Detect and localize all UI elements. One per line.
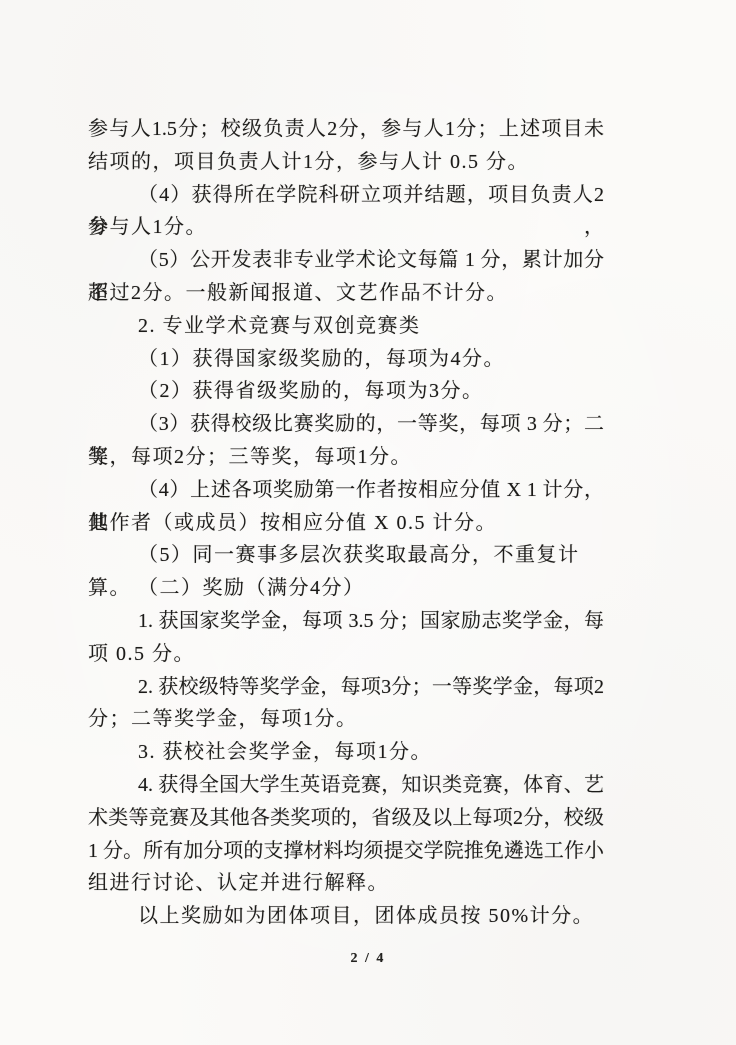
document-line: 术类等竞赛及其他各类奖项的，省级及以上每项2分，校级 [88,802,604,835]
document-page: 参与人1.5分；校级负责人2分，参与人1分；上述项目未 结项的，项目负责人计1分… [0,0,736,1045]
document-line: （3）获得校级比赛奖励的，一等奖，每项 3 分；二等 [88,408,604,441]
document-line: （2）获得省级奖励的，每项为3分。 [88,375,604,408]
document-line: 组进行讨论、认定并进行解释。 [88,867,604,900]
document-line: 结项的，项目负责人计1分，参与人计 0.5 分。 [88,146,604,179]
document-line: 项 0.5 分。 [88,638,604,671]
document-line: 分；二等奖学金，每项1分。 [88,703,604,736]
document-line: （4）获得所在学院科研立项并结题，项目负责人2分， [88,179,604,212]
document-line: 奖，每项2分；三等奖，每项1分。 [88,441,604,474]
document-line: 3. 获校社会奖学金，每项1分。 [88,736,604,769]
document-line: （4）上述各项奖励第一作者按相应分值 X 1 计分，其 [88,474,604,507]
document-line: 1. 获国家奖学金，每项 3.5 分；国家励志奖学金，每 [88,605,604,638]
document-line: 超过2分。一般新闻报道、文艺作品不计分。 [88,277,604,310]
document-line: 参与人1.5分；校级负责人2分，参与人1分；上述项目未 [88,113,604,146]
document-line: （二）奖励（满分4分） [88,572,604,605]
page-number: 2 / 4 [0,951,736,967]
document-line: 2. 专业学术竞赛与双创竞赛类 [88,310,604,343]
document-line: 以上奖励如为团体项目，团体成员按 50%计分。 [88,900,604,933]
document-body: 参与人1.5分；校级负责人2分，参与人1分；上述项目未 结项的，项目负责人计1分… [88,113,604,933]
document-line: 1 分。所有加分项的支撑材料均须提交学院推免遴选工作小 [88,835,604,868]
document-line: 4. 获得全国大学生英语竞赛，知识类竞赛，体育、艺 [88,769,604,802]
document-line: 2. 获校级特等奖学金，每项3分；一等奖学金，每项2 [88,671,604,704]
document-line: 他作者（或成员）按相应分值 X 0.5 计分。 [88,507,604,540]
document-line: （1）获得国家级奖励的，每项为4分。 [88,343,604,376]
document-line: （5）公开发表非专业学术论文每篇 1 分，累计加分不 [88,244,604,277]
document-line: （5）同一赛事多层次获奖取最高分，不重复计算。 [88,539,604,572]
